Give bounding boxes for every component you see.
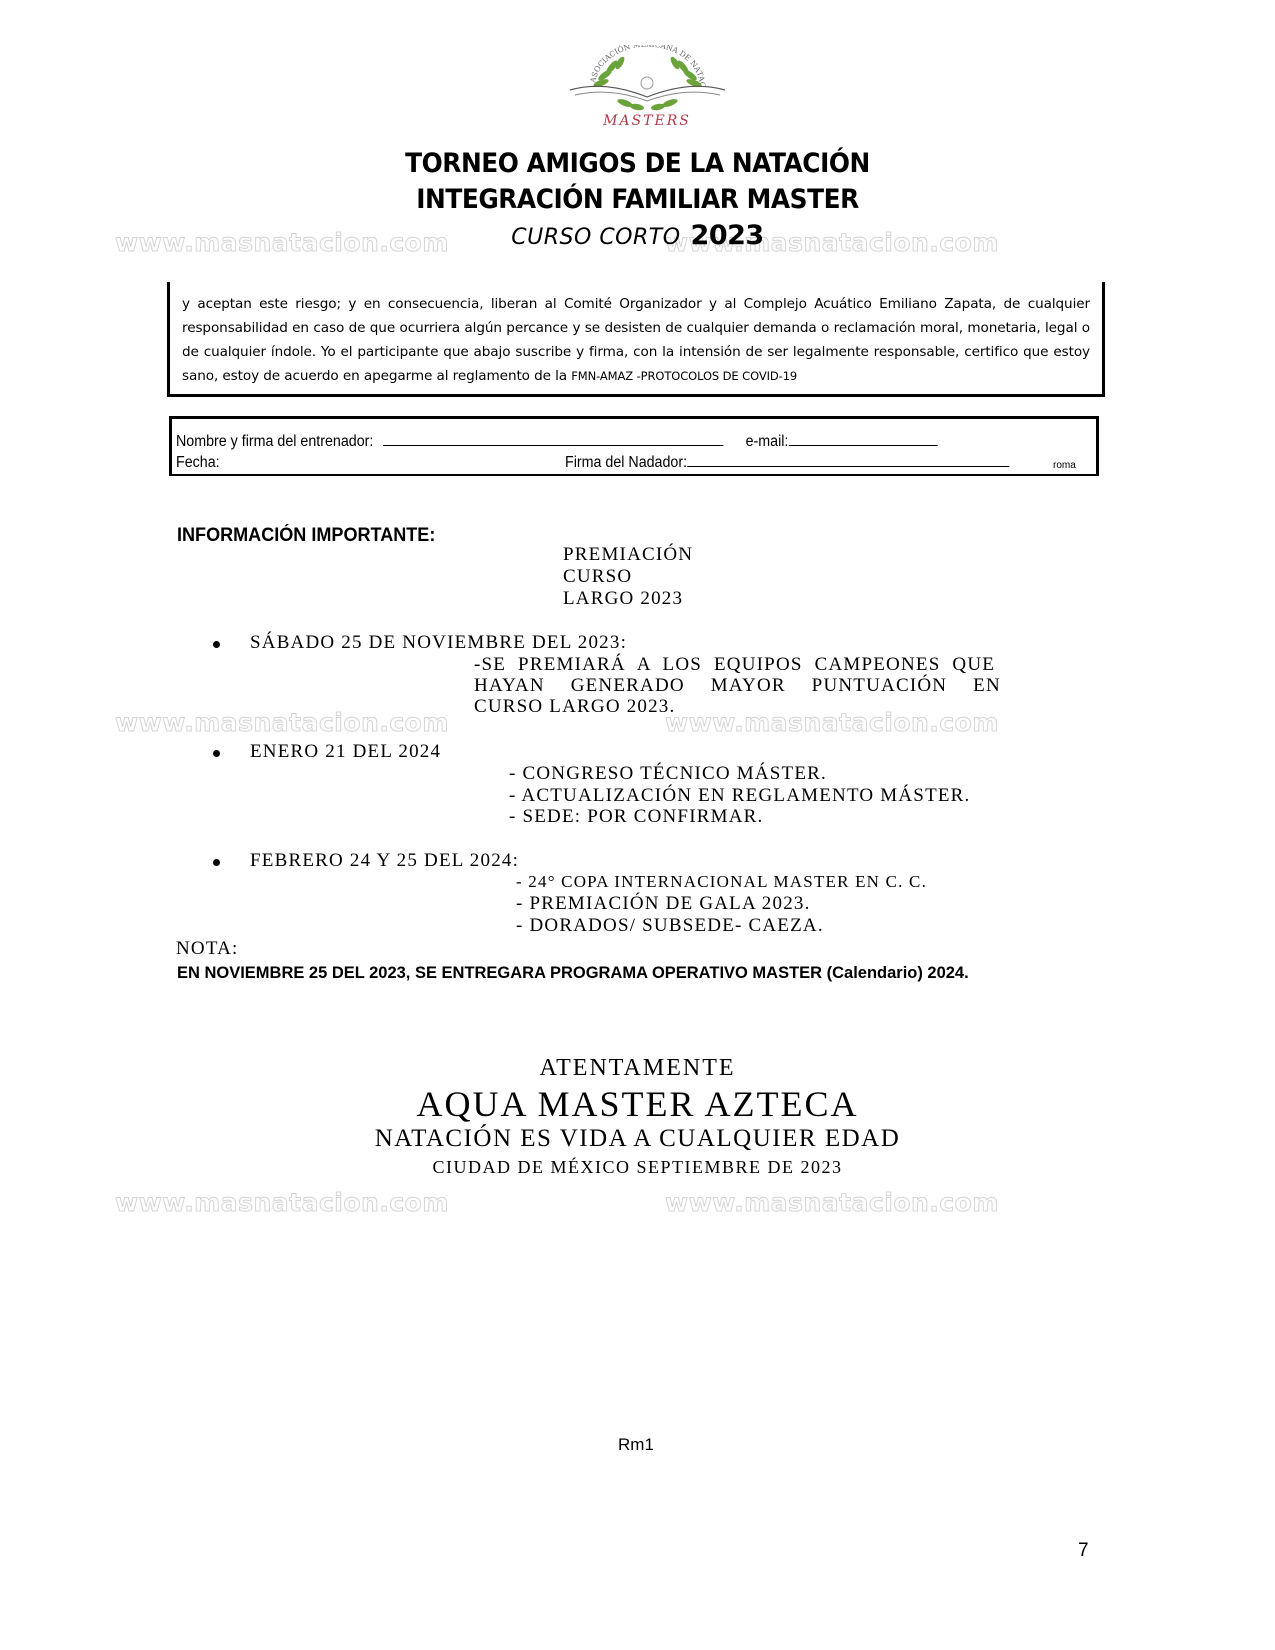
waiver-protocol: FMN-AMAZ -PROTOCOLOS DE COVID-19 bbox=[571, 369, 797, 383]
watermark: www.masnatacion.com bbox=[665, 1188, 999, 1217]
watermark: www.masnatacion.com bbox=[115, 708, 449, 737]
footer-code: Rm1 bbox=[618, 1435, 654, 1455]
event-detail: - PREMIACIÓN DE GALA 2023. bbox=[516, 893, 811, 915]
event-detail: - CONGRESO TÉCNICO MÁSTER. bbox=[509, 763, 827, 785]
waiver-box: y aceptan este riesgo; y en consecuencia… bbox=[167, 282, 1105, 397]
page-number: 7 bbox=[1078, 1540, 1089, 1562]
coach-signature-field[interactable] bbox=[383, 433, 723, 446]
closing-place-date: CIUDAD DE MÉXICO SEPTIEMBRE DE 2023 bbox=[0, 1157, 1275, 1178]
award-title-1: PREMIACIÓN bbox=[563, 544, 693, 566]
award-title-2: CURSO bbox=[563, 566, 632, 588]
event-detail: - 24° COPA INTERNACIONAL MASTER EN C. C. bbox=[516, 872, 927, 892]
closing-salutation: ATENTAMENTE bbox=[0, 1055, 1275, 1082]
info-heading: INFORMACIÓN IMPORTANTE: bbox=[177, 525, 435, 547]
event-detail: HAYAN GENERADO MAYOR PUNTUACIÓN EN bbox=[474, 675, 1001, 697]
title-line-1: TORNEO AMIGOS DE LA NATACIÓN bbox=[51, 148, 1224, 179]
logo-masters-label: MASTERS bbox=[602, 113, 691, 129]
event-date: FEBRERO 24 Y 25 DEL 2024: bbox=[250, 850, 519, 872]
event-detail: - ACTUALIZACIÓN EN REGLAMENTO MÁSTER. bbox=[509, 785, 971, 807]
email-label: e-mail: bbox=[746, 433, 789, 450]
email-field[interactable] bbox=[788, 433, 937, 446]
waiver-text: y aceptan este riesgo; y en consecuencia… bbox=[170, 282, 1102, 388]
watermark: www.masnatacion.com bbox=[115, 1188, 449, 1217]
bullet-icon bbox=[213, 859, 220, 866]
swimmer-signature-label: Firma del Nadador: bbox=[565, 454, 687, 471]
swimmer-signature-field[interactable] bbox=[687, 454, 1009, 467]
event-date: SÁBADO 25 DE NOVIEMBRE DEL 2023: bbox=[250, 632, 627, 654]
trailing-text: roma bbox=[1053, 460, 1076, 471]
swimmer-signature-row: Firma del Nadador: bbox=[565, 454, 1009, 472]
title-line-2: INTEGRACIÓN FAMILIAR MASTER bbox=[51, 184, 1224, 215]
coach-signature-label: Nombre y firma del entrenador: bbox=[176, 433, 373, 450]
event-detail: CURSO LARGO 2023. bbox=[474, 696, 675, 718]
title-line-3: CURSO CORTO2023 bbox=[0, 220, 1275, 251]
watermark: www.masnatacion.com bbox=[665, 708, 999, 737]
event-detail: -SE PREMIARÁ A LOS EQUIPOS CAMPEONES QUE bbox=[474, 654, 995, 676]
bullet-icon bbox=[213, 750, 220, 757]
closing-slogan: NATACIÓN ES VIDA A CUALQUIER EDAD bbox=[0, 1125, 1275, 1153]
course-year: 2023 bbox=[691, 220, 764, 251]
event-date: ENERO 21 DEL 2024 bbox=[250, 741, 441, 763]
nota-text: EN NOVIEMBRE 25 DEL 2023, SE ENTREGARA P… bbox=[177, 963, 969, 983]
date-label: Fecha: bbox=[176, 454, 220, 472]
nota-label: NOTA: bbox=[176, 938, 239, 960]
masters-logo: ASOCIACIÓN MEXICANA DE NATACIÓN MASTERS bbox=[565, 45, 730, 130]
event-detail: - SEDE: POR CONFIRMAR. bbox=[509, 806, 763, 828]
event-detail: - DORADOS/ SUBSEDE- CAEZA. bbox=[516, 915, 824, 937]
course-type: CURSO CORTO bbox=[511, 225, 680, 250]
closing-club-name: AQUA MASTER AZTECA bbox=[0, 1083, 1275, 1125]
coach-signature-row: Nombre y firma del entrenador: e-mail: bbox=[176, 433, 937, 451]
award-title-3: LARGO 2023 bbox=[563, 588, 683, 610]
bullet-icon bbox=[213, 641, 220, 648]
